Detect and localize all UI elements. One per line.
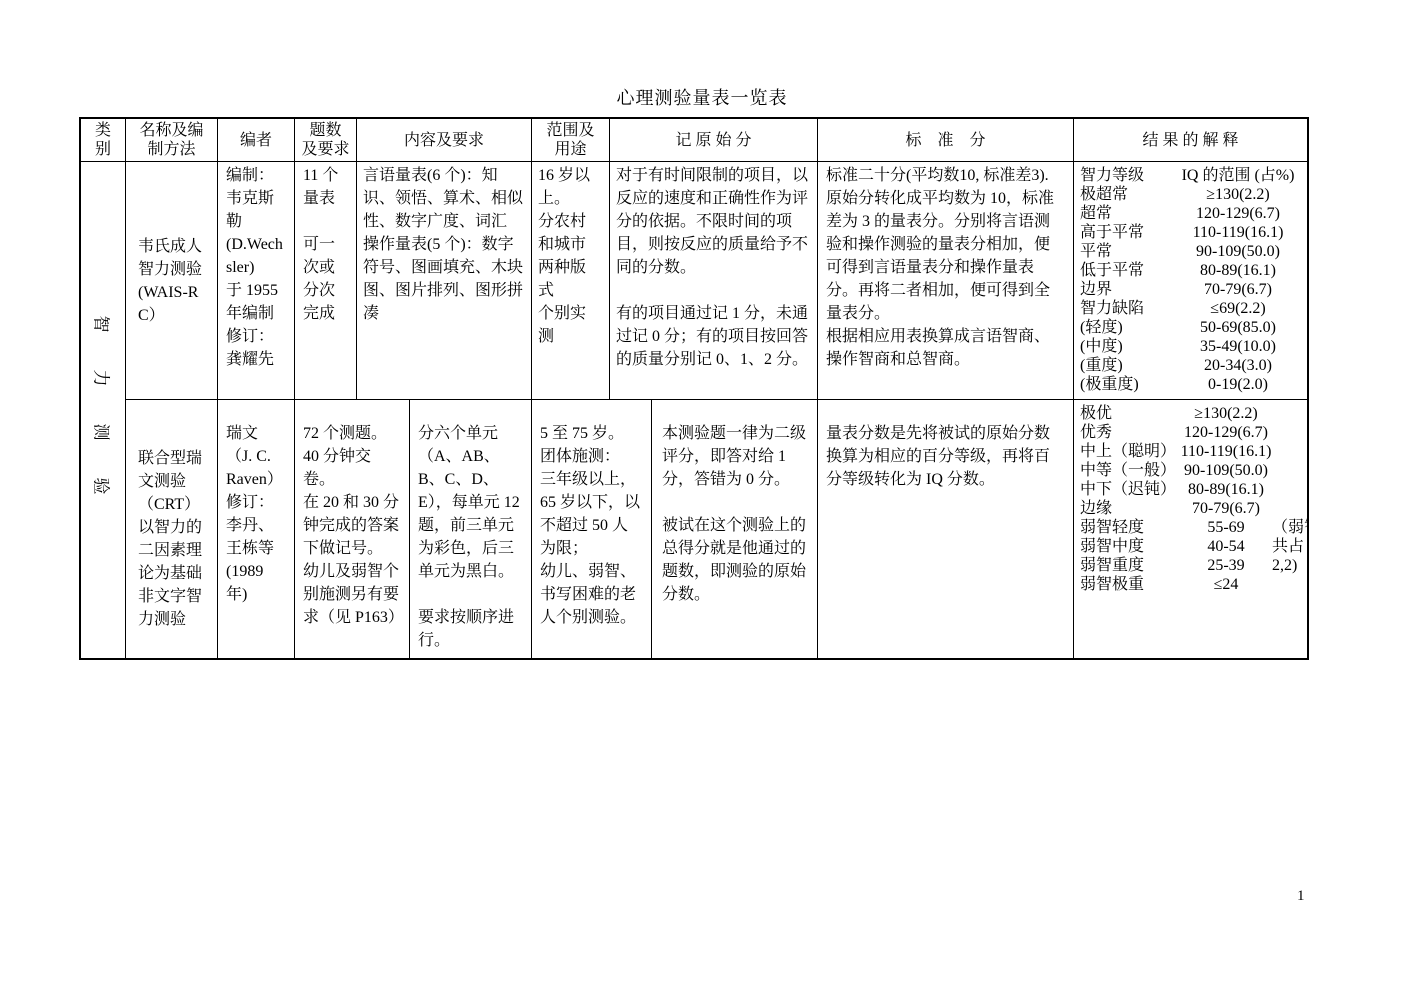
interpretation-note [1272,404,1301,423]
header-interpretation: 结 果 的 解 释 [1074,119,1307,161]
interpretation-value: 110-119(16.1) [1180,442,1272,461]
interpretation-label: 边缘 [1080,499,1180,518]
document-page: 心理测验量表一览表 类 别 智 力 测 验 名称及编 制方法 编者 题数 及要求… [0,0,1404,993]
interpretation-label: 高于平常 [1080,223,1175,242]
interpretation-note [1272,575,1301,594]
cell-crt-author: 瑞文 （J. C. Raven） 修订： 李丹、 王栋等 (1989 年) [218,400,295,658]
cell-wais-content: 言语量表(6 个)：知识、领悟、算术、相似性、数字广度、词汇 操作量表(5 个)… [357,162,532,399]
table-grid: 名称及编 制方法 编者 题数 及要求 内容及要求 范围及 用途 记 原 始 分 … [126,119,1307,658]
header-category: 类 别 [81,119,125,162]
cell-crt-raw: 本测验题一律为二级评分，即答对给 1 分，答错为 0 分。 被试在这个测验上的总… [652,400,818,658]
interpretation-value: 80-89(16.1) [1175,261,1301,280]
interpretation-row: 边界70-79(6.7) [1080,280,1301,299]
interpretation-value: ≥130(2.2) [1180,404,1272,423]
interpretation-row: 边缘70-79(6.7) [1080,499,1301,518]
cell-wais-raw: 对于有时间限制的项目，以反应的速度和正确性作为评分的依据。不限时间的项目，则按反… [610,162,818,399]
interpretation-value: 70-79(6.7) [1180,499,1272,518]
interpretation-label: 弱智重度 [1080,556,1180,575]
interpretation-value: 80-89(16.1) [1180,480,1272,499]
interpretation-label: 弱智轻度 [1080,518,1180,537]
interpretation-note [1272,423,1301,442]
interpretation-value: IQ 的范围 (占%) [1175,166,1301,185]
interpretation-row: 极优≥130(2.2) [1080,404,1301,423]
interpretation-value: ≤24 [1180,575,1272,594]
document-title: 心理测验量表一览表 [0,84,1404,110]
category-column: 类 别 智 力 测 验 [81,119,126,658]
interpretation-note: （弱智 [1272,518,1307,537]
interpretation-row: 低于平常80-89(16.1) [1080,261,1301,280]
category-merged-cell: 智 力 测 验 [81,162,125,658]
header-count: 题数 及要求 [295,119,357,161]
cell-wais-author: 编制： 韦克斯勒 (D.Wechsler) 于 1955 年编制 修订： 龚耀先 [218,162,295,399]
header-name: 名称及编 制方法 [126,119,218,161]
interpretation-value: ≤69(2.2) [1175,299,1301,318]
cell-wais-name: 韦氏成人智力测验(WAIS-RC） [126,162,218,399]
interpretation-row: (极重度)0-19(2.0) [1080,375,1301,394]
cell-wais-interpretation: 智力等级IQ 的范围 (占%)极超常≥130(2.2)超常120-129(6.7… [1074,162,1307,399]
interpretation-label: 智力等级 [1080,166,1175,185]
table-row-crt: 联合型瑞文测验（CRT）以智力的二因素理论为基础非文字智力测验 瑞文 （J. C… [126,400,1307,658]
interpretation-note [1272,480,1301,499]
interpretation-note [1272,442,1301,461]
interpretation-label: 中上（聪明） [1080,442,1180,461]
interpretation-value: 35-49(10.0) [1175,337,1301,356]
interpretation-row: 超常120-129(6.7) [1080,204,1301,223]
cell-crt-name: 联合型瑞文测验（CRT）以智力的二因素理论为基础非文字智力测验 [126,400,218,658]
cell-crt-scope: 5 至 75 岁。 团体施测： 三年级以上，65 岁以下，以不超过 50 人为限… [532,400,652,658]
psychology-test-table: 类 别 智 力 测 验 名称及编 制方法 编者 题数 及要求 内容及要求 范围及… [79,117,1309,660]
interpretation-label: (极重度) [1080,375,1175,394]
interpretation-value: 90-109(50.0) [1175,242,1301,261]
interpretation-value: 120-129(6.7) [1180,423,1272,442]
interpretation-value: 90-109(50.0) [1180,461,1272,480]
interpretation-row: 中下（迟钝）80-89(16.1) [1080,480,1301,499]
interpretation-label: (中度) [1080,337,1175,356]
interpretation-row: 弱智中度40-54共占 [1080,537,1301,556]
interpretation-value: ≥130(2.2) [1175,185,1301,204]
interpretation-note [1272,499,1301,518]
interpretation-value: 70-79(6.7) [1175,280,1301,299]
header-scope: 范围及 用途 [532,119,610,161]
interpretation-note: 共占 [1272,537,1307,556]
interpretation-row: 平常90-109(50.0) [1080,242,1301,261]
cell-wais-scope: 16 岁以上。 分农村和城市两种版式 个别实测 [532,162,610,399]
interpretation-row: 智力缺陷≤69(2.2) [1080,299,1301,318]
interpretation-row: 中上（聪明）110-119(16.1) [1080,442,1301,461]
interpretation-label: 极超常 [1080,185,1175,204]
header-standard-score: 标 准 分 [818,119,1074,161]
page-number: 1 [1297,888,1305,905]
interpretation-value: 55-69 [1180,518,1272,537]
cell-wais-standard: 标准二十分(平均数10, 标准差3). 原始分转化成平均数为 10，标准差为 3… [818,162,1074,399]
interpretation-value: 50-69(85.0) [1175,318,1301,337]
cell-crt-count: 72 个测题。 40 分钟交卷。 在 20 和 30 分钟完成的答案下做记号。 … [295,400,410,658]
interpretation-label: 优秀 [1080,423,1180,442]
table-header-row: 名称及编 制方法 编者 题数 及要求 内容及要求 范围及 用途 记 原 始 分 … [126,119,1307,162]
interpretation-value: 25-39 [1180,556,1272,575]
interpretation-label: 极优 [1080,404,1180,423]
interpretation-row: (重度)20-34(3.0) [1080,356,1301,375]
interpretation-label: 超常 [1080,204,1175,223]
interpretation-label: 低于平常 [1080,261,1175,280]
interpretation-label: (重度) [1080,356,1175,375]
header-raw-score: 记 原 始 分 [610,119,818,161]
interpretation-label: 中等（一般） [1080,461,1180,480]
interpretation-label: 边界 [1080,280,1175,299]
interpretation-label: 弱智极重 [1080,575,1180,594]
interpretation-value: 0-19(2.0) [1175,375,1301,394]
cell-wais-count: 11 个量表 可一次或分次完成 [295,162,357,399]
interpretation-value: 120-129(6.7) [1175,204,1301,223]
interpretation-row: 弱智极重≤24 [1080,575,1301,594]
table-row-wais: 韦氏成人智力测验(WAIS-RC） 编制： 韦克斯勒 (D.Wechsler) … [126,162,1307,400]
interpretation-value: 20-34(3.0) [1175,356,1301,375]
header-content: 内容及要求 [357,119,532,161]
interpretation-value: 40-54 [1180,537,1272,556]
interpretation-label: 弱智中度 [1080,537,1180,556]
header-author: 编者 [218,119,295,161]
interpretation-row: 弱智重度25-392,2) [1080,556,1301,575]
interpretation-row: 中等（一般）90-109(50.0) [1080,461,1301,480]
interpretation-row: 极超常≥130(2.2) [1080,185,1301,204]
cell-crt-standard: 量表分数是先将被试的原始分数换算为相应的百分等级，再将百分等级转化为 IQ 分数… [818,400,1074,658]
interpretation-row: 优秀120-129(6.7) [1080,423,1301,442]
interpretation-row: (中度)35-49(10.0) [1080,337,1301,356]
cell-crt-content: 分六个单元（A、AB、B、C、D、E），每单元 12 题，前三单元为彩色，后三单… [410,400,532,658]
interpretation-label: 中下（迟钝） [1080,480,1180,499]
category-label: 智 力 测 验 [91,316,116,505]
interpretation-row: (轻度)50-69(85.0) [1080,318,1301,337]
interpretation-label: 平常 [1080,242,1175,261]
interpretation-row: 高于平常110-119(16.1) [1080,223,1301,242]
interpretation-note: 2,2) [1272,556,1301,575]
interpretation-value: 110-119(16.1) [1175,223,1301,242]
interpretation-row: 智力等级IQ 的范围 (占%) [1080,166,1301,185]
interpretation-label: (轻度) [1080,318,1175,337]
interpretation-note [1272,461,1301,480]
interpretation-row: 弱智轻度55-69（弱智 [1080,518,1301,537]
cell-crt-interpretation: 极优≥130(2.2)优秀120-129(6.7)中上（聪明）110-119(1… [1074,400,1307,658]
interpretation-label: 智力缺陷 [1080,299,1175,318]
